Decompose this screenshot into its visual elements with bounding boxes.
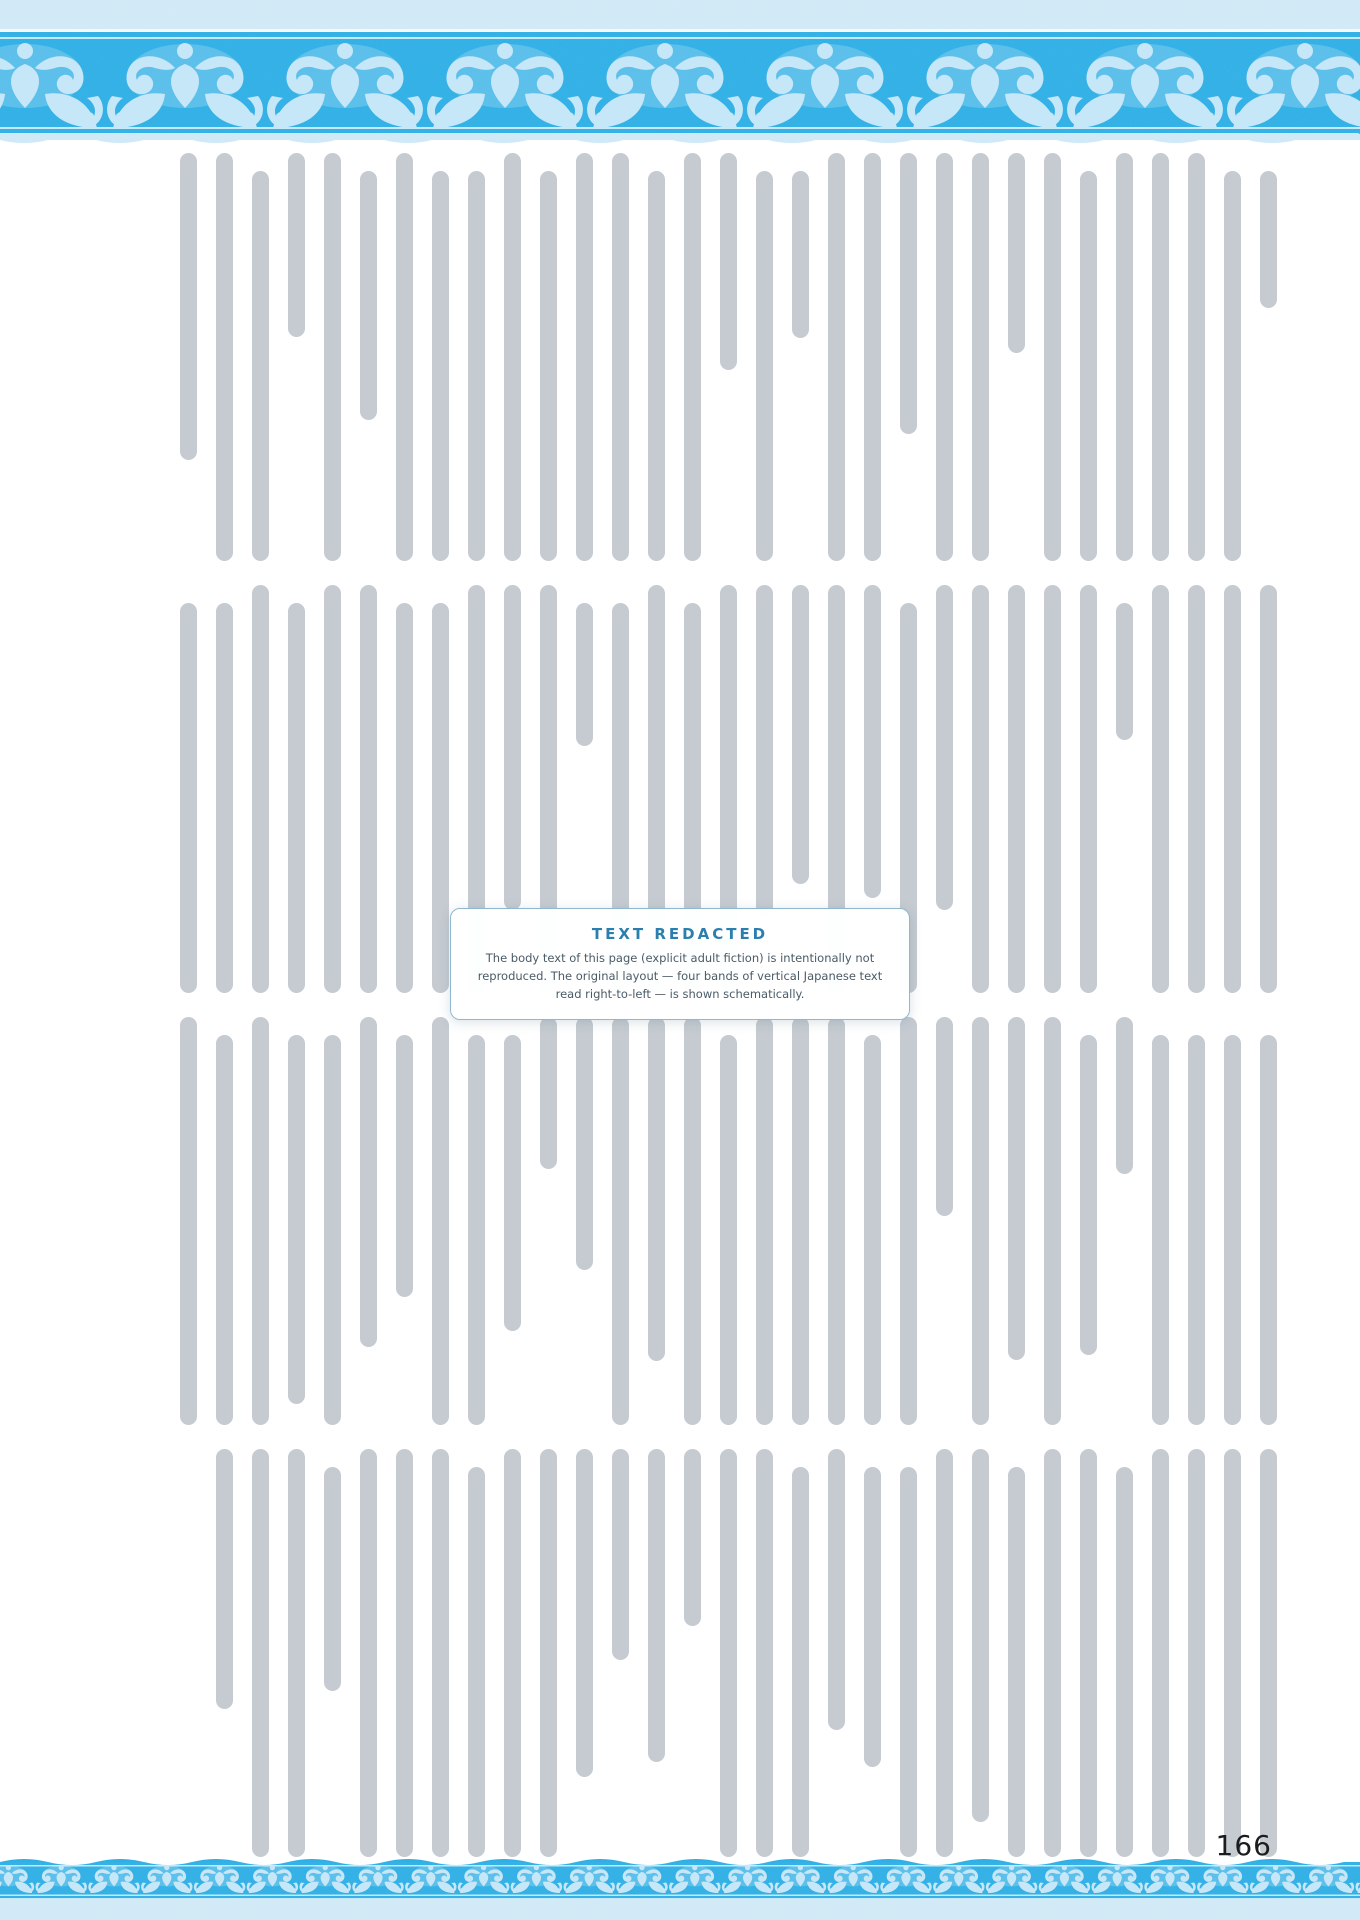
redacted-text-column (468, 1467, 485, 1857)
redacted-text-column (792, 1467, 809, 1857)
redacted-text-column (324, 585, 341, 993)
redacted-text-column (828, 1449, 845, 1730)
border-ornament-top (0, 0, 1360, 150)
redacted-text-column (936, 1017, 953, 1216)
redacted-text-column (1008, 585, 1025, 993)
redacted-text-column (432, 1017, 449, 1425)
redacted-text-column (576, 603, 593, 746)
redacted-text-column (1008, 1017, 1025, 1360)
redacted-text-column (468, 171, 485, 561)
redaction-notice-body: The body text of this page (explicit adu… (473, 950, 887, 1003)
redacted-text-column (504, 153, 521, 561)
redacted-text-column (288, 1035, 305, 1404)
redacted-text-column (648, 1017, 665, 1361)
redacted-text-column (504, 1449, 521, 1857)
redacted-text-column (1116, 603, 1133, 740)
redacted-text-column (432, 603, 449, 993)
redacted-text-column (828, 1017, 845, 1425)
redacted-text-column (252, 171, 269, 561)
redacted-text-column (1044, 153, 1061, 561)
redacted-text-column (360, 171, 377, 420)
redacted-text-column (180, 153, 197, 460)
redacted-text-column (180, 603, 197, 993)
redacted-text-column (864, 153, 881, 561)
border-ornament-bottom (0, 1853, 1360, 1920)
redacted-text-column (684, 153, 701, 561)
redacted-text-column (1008, 1467, 1025, 1857)
redacted-text-column (1188, 1035, 1205, 1425)
redacted-text-column (180, 1017, 197, 1425)
redacted-text-column (288, 153, 305, 337)
redacted-text-column (792, 1017, 809, 1425)
redacted-text-column (864, 1467, 881, 1767)
text-band (0, 153, 1360, 561)
redacted-text-column (756, 1449, 773, 1857)
redacted-text-column (900, 1017, 917, 1425)
redacted-text-column (1152, 1449, 1169, 1857)
redacted-text-column (1188, 1449, 1205, 1857)
redacted-text-column (972, 585, 989, 993)
redacted-text-column (576, 1017, 593, 1270)
redacted-text-column (720, 153, 737, 370)
redacted-text-column (288, 1449, 305, 1857)
redacted-text-column (1080, 171, 1097, 561)
redacted-text-column (216, 603, 233, 993)
redacted-text-column (936, 585, 953, 910)
redacted-text-column (324, 1035, 341, 1425)
redacted-text-column (1224, 1035, 1241, 1425)
redacted-text-column (684, 1449, 701, 1626)
redacted-text-column (1080, 585, 1097, 993)
redacted-text-column (1044, 1449, 1061, 1857)
redacted-text-column (864, 1035, 881, 1425)
redacted-text-column (1116, 1467, 1133, 1857)
redacted-text-column (1260, 585, 1277, 993)
redacted-text-column (720, 1449, 737, 1857)
redacted-text-column (1152, 1035, 1169, 1425)
redacted-text-column (936, 153, 953, 561)
redacted-text-column (288, 603, 305, 993)
redacted-text-column (612, 1017, 629, 1425)
redacted-text-column (648, 1449, 665, 1762)
text-band (0, 1449, 1360, 1857)
redacted-text-column (360, 1449, 377, 1857)
redacted-text-column (720, 1035, 737, 1425)
redacted-text-column (972, 153, 989, 561)
redacted-text-column (792, 585, 809, 884)
redacted-text-column (1008, 153, 1025, 353)
redacted-text-column (216, 1449, 233, 1709)
redacted-text-column (792, 171, 809, 338)
decorative-border-bottom (0, 1853, 1360, 1920)
redacted-text-column (828, 153, 845, 561)
redaction-notice-title: TEXT REDACTED (473, 925, 887, 943)
redacted-text-column (504, 585, 521, 910)
redacted-text-column (756, 1017, 773, 1425)
redacted-text-column (216, 1035, 233, 1425)
redacted-text-column (1044, 1017, 1061, 1425)
redacted-text-column (1152, 153, 1169, 561)
redacted-text-column (864, 585, 881, 898)
redacted-text-column (396, 1035, 413, 1297)
redacted-text-column (648, 171, 665, 561)
redacted-text-column (504, 1035, 521, 1331)
redacted-text-column (1260, 1449, 1277, 1857)
redacted-text-column (756, 171, 773, 561)
redacted-text-column (1260, 171, 1277, 308)
redacted-text-column (396, 603, 413, 993)
redacted-text-column (324, 1467, 341, 1691)
redacted-text-column (972, 1017, 989, 1425)
redacted-text-column (396, 1449, 413, 1857)
redacted-text-column (1152, 585, 1169, 993)
redacted-text-column (1188, 153, 1205, 561)
redacted-text-column (576, 1449, 593, 1777)
redacted-text-column (972, 1449, 989, 1822)
redacted-text-column (1116, 153, 1133, 561)
redacted-text-column (252, 1449, 269, 1857)
redacted-text-column (360, 585, 377, 993)
redacted-text-column (1080, 1449, 1097, 1857)
redacted-text-column (612, 1449, 629, 1660)
redaction-notice: TEXT REDACTED The body text of this page… (450, 908, 910, 1020)
redacted-text-column (540, 1017, 557, 1169)
redacted-text-column (396, 153, 413, 561)
redacted-text-column (1044, 585, 1061, 993)
redacted-text-column (360, 1017, 377, 1347)
redacted-text-column (432, 171, 449, 561)
redacted-text-column (900, 153, 917, 434)
redacted-text-column (1260, 1035, 1277, 1425)
redacted-text-column (612, 153, 629, 561)
redacted-text-column (1224, 585, 1241, 993)
redacted-text-column (432, 1449, 449, 1857)
redacted-text-column (1080, 1035, 1097, 1355)
redacted-text-column (252, 585, 269, 993)
redacted-text-column (1116, 1017, 1133, 1174)
redacted-text-column (324, 153, 341, 561)
redacted-text-column (576, 153, 593, 561)
decorative-border-top (0, 0, 1360, 150)
redacted-text-column (936, 1449, 953, 1857)
redacted-text-column (900, 1467, 917, 1857)
redacted-text-column (684, 1017, 701, 1425)
redacted-text-column (1224, 1449, 1241, 1857)
redacted-text-column (468, 1035, 485, 1425)
redacted-text-column (216, 153, 233, 561)
redacted-text-column (1224, 171, 1241, 561)
text-band (0, 1017, 1360, 1425)
redacted-text-column (1188, 585, 1205, 993)
redacted-text-column (540, 171, 557, 561)
redacted-text-column (252, 1017, 269, 1425)
redacted-text-column (540, 1449, 557, 1857)
redacted-text-column (756, 585, 773, 915)
